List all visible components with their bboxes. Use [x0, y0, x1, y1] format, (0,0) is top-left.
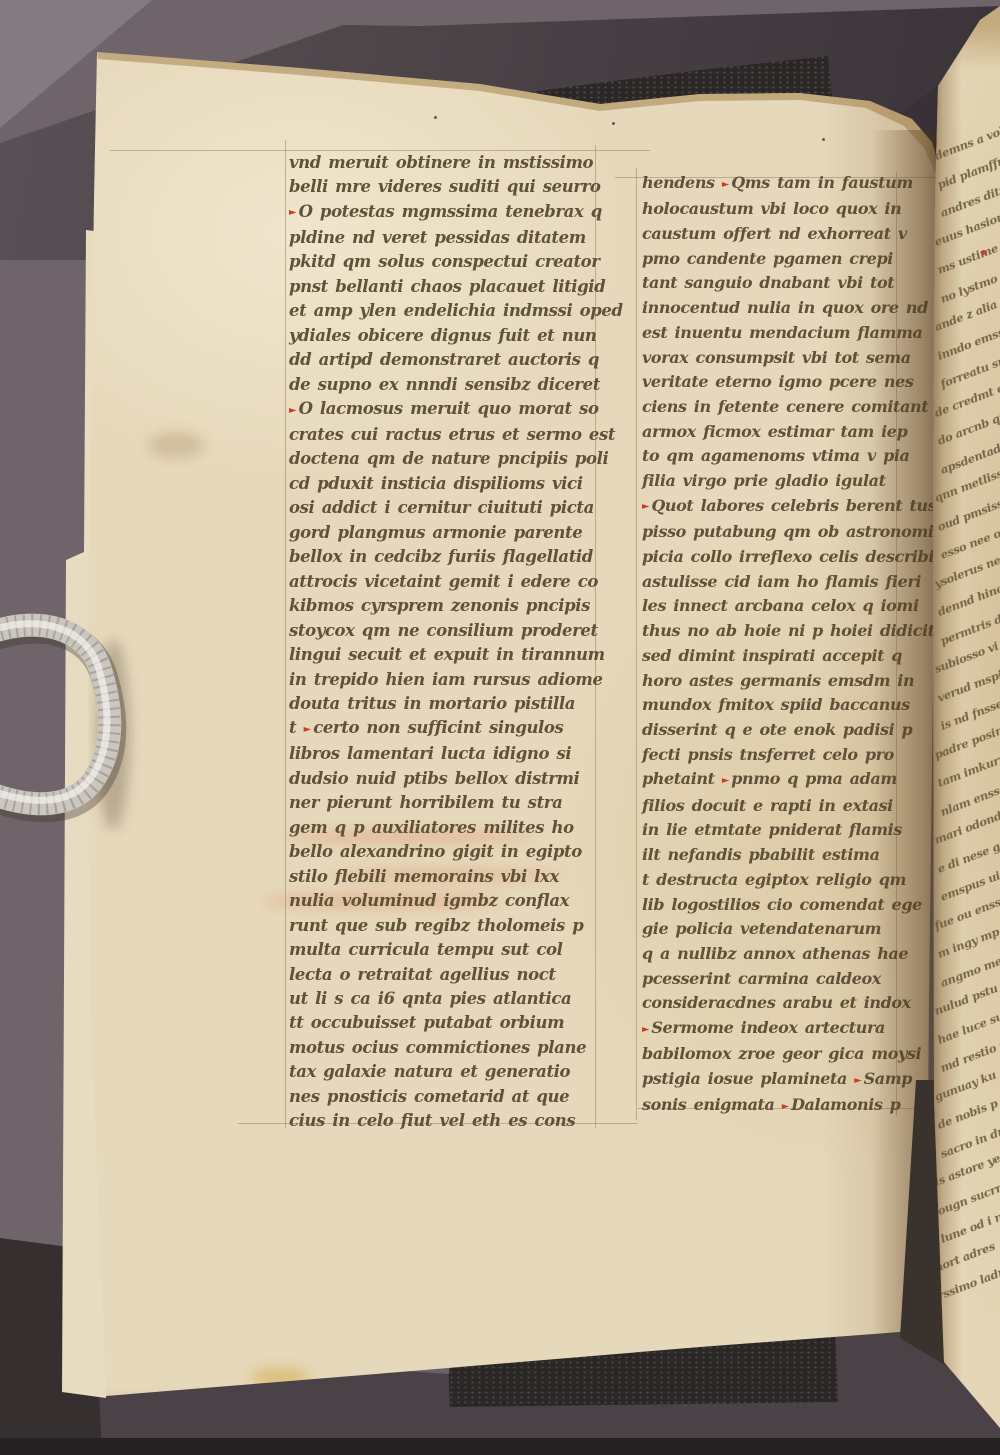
rubric-mark: ► [289, 207, 297, 218]
text-line: kibmos cyrsprem zenonis pncipis [289, 594, 619, 618]
text-line: attrocis vicetaint gemit i edere co [289, 570, 619, 594]
text-line: nes pnosticis cometarid at que [289, 1085, 619, 1109]
ruling-line-col1-left [285, 140, 286, 1128]
text-line: ner pierunt horribilem tu stra [289, 791, 619, 815]
manuscript-page: vnd meruit obtinere in mstissimobelli mr… [0, 0, 1000, 1455]
text-line: ►O potestas mgmssima tenebrax q [289, 200, 619, 226]
brown-stain [148, 432, 204, 458]
rubric-mark: ► [722, 179, 729, 190]
text-line: pkitd qm solus conspectui creator [289, 250, 619, 274]
text-line: tt occubuisset putabat orbium [289, 1011, 619, 1035]
text-line: stoycox qm ne consilium proderet [289, 619, 619, 643]
rubric-mark: ► [642, 1024, 649, 1035]
text-line: ydiales obicere dignus fuit et nun [289, 324, 619, 348]
rubric-mark: ► [304, 724, 312, 735]
text-line: motus ocius commictiones plane [289, 1036, 619, 1060]
text-line: t ►certo non sufficint singulos [289, 716, 619, 742]
text-line: doctena qm de nature pncipiis poli [289, 447, 619, 471]
text-line: crates cui ractus etrus et sermo est [289, 423, 619, 447]
ruling-line-col2-left [636, 168, 637, 1120]
rubric-mark: ► [854, 1075, 861, 1086]
black-bottom-strip [0, 1438, 1000, 1455]
text-line: lecta o retraitat agellius noct [289, 963, 619, 987]
rubric-mark: ► [289, 405, 297, 416]
text-line: cius in celo fiut vel eth es cons [289, 1109, 619, 1133]
text-line: dd artipd demonstraret auctoris q [289, 348, 619, 372]
facing-page-text: demns a vobpid plamffnsandres ditmeuus h… [933, 0, 1000, 1455]
text-line: bello alexandrino gigit in egipto [289, 840, 619, 864]
text-column-1: vnd meruit obtinere in mstissimobelli mr… [289, 151, 619, 1134]
text-fragment: demns a vob [933, 123, 1000, 162]
text-line: gem q p auxiliatores milites ho [289, 816, 619, 840]
text-line: multa curricula tempu sut col [289, 938, 619, 962]
text-line: belli mre videres suditi qui seurro [289, 175, 619, 199]
text-line: stilo flebili memorains vbi lxx [289, 865, 619, 889]
text-line: dudsio nuid ptibs bellox distrmi [289, 767, 619, 791]
text-line: et amp ylen endelichia indmssi oped [289, 299, 619, 323]
text-line: vnd meruit obtinere in mstissimo [289, 151, 619, 175]
text-line: douta tritus in mortario pistilla [289, 692, 619, 716]
rubric-dot [981, 250, 986, 255]
text-line: gord plangmus armonie parente [289, 521, 619, 545]
text-line: cd pduxit insticia dispilioms vici [289, 472, 619, 496]
text-fragment: ms ustime [936, 242, 1000, 276]
text-line: pldine nd veret pessidas ditatem [289, 226, 619, 250]
rubric-mark: ► [722, 775, 729, 786]
text-line: ►O lacmosus meruit quo morat so [289, 397, 619, 423]
text-line: runt que sub regibz tholomeis p [289, 914, 619, 938]
text-line: in trepido hien iam rursus adiome [289, 668, 619, 692]
text-fragment: verud mspi [936, 668, 1000, 704]
rubric-mark: ► [782, 1101, 789, 1112]
cord-shadow [96, 640, 130, 830]
text-line: osi addict i cernitur ciuituti picta [289, 496, 619, 520]
text-line: bellox in cedcibz furiis flagellatid [289, 545, 619, 569]
text-line: tax galaxie natura et generatio [289, 1060, 619, 1084]
text-line: pnst bellanti chaos placauet litigid [289, 275, 619, 299]
manuscript-photo: { "scene": { "description": "Photograph … [0, 0, 1000, 1455]
text-fragment: m ingy mp [936, 925, 1000, 960]
prick-mark [434, 116, 437, 119]
prick-mark [822, 138, 825, 141]
rubric-mark: ► [642, 501, 649, 512]
prick-mark [612, 122, 615, 125]
text-line: libros lamentari lucta idigno si [289, 742, 619, 766]
text-line: ut li s ca i6 qnta pies atlantica [289, 987, 619, 1011]
text-line: de supno ex nnndi sensibz diceret [289, 373, 619, 397]
text-line: lingui secuit et expuit in tirannum [289, 643, 619, 667]
text-line: nulia voluminud igmbz conflax [289, 889, 619, 913]
